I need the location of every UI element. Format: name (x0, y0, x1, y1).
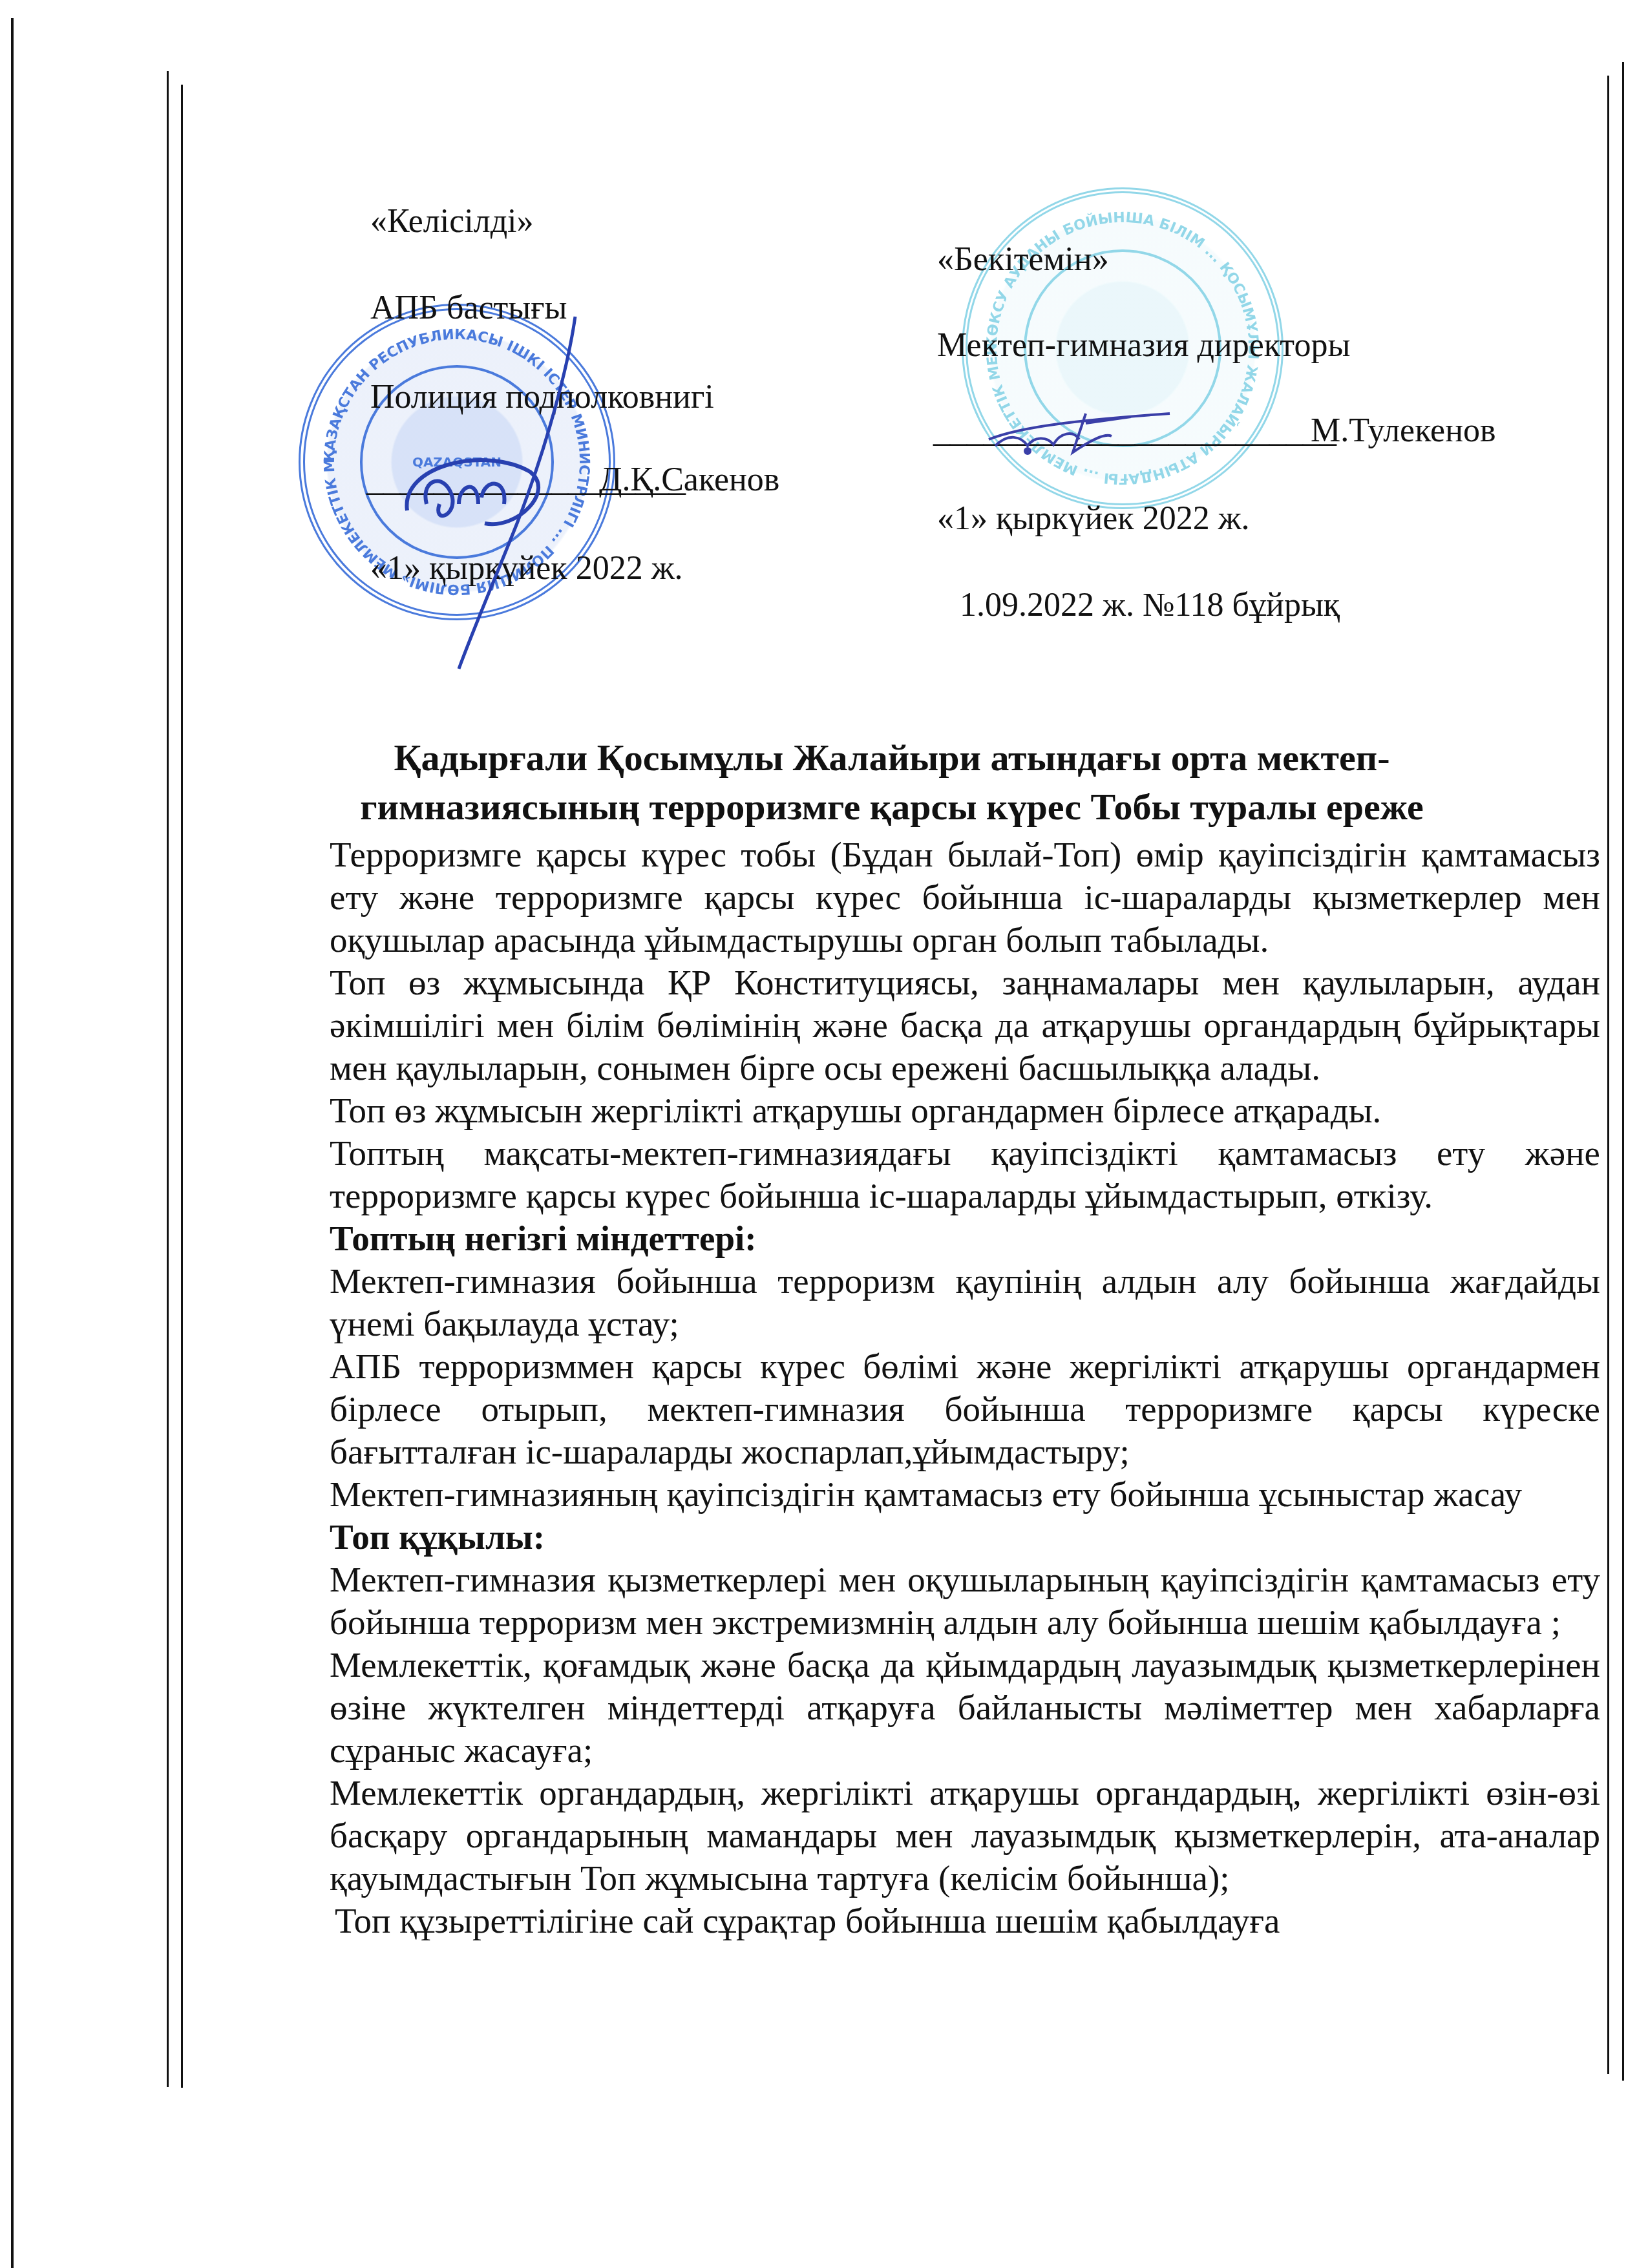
border-line-left-outer (167, 71, 169, 2087)
approval-right-date: «1» қыркүйек 2022 ж. (937, 499, 1250, 538)
scan-edge-left (11, 18, 14, 2268)
task-item: АПБ терроризммен қарсы күрес бөлімі және… (330, 1345, 1600, 1473)
task-item: Мектеп-гимназия бойынша терроризм қаупін… (330, 1260, 1600, 1345)
document-title: Қадырғали Қосымұлы Жалайыри атындағы орт… (194, 733, 1590, 832)
approval-right-signatory: М.Тулекенов (1311, 412, 1496, 450)
right-item: Топ құзыреттілігіне сай сұрақтар бойынша… (330, 1900, 1600, 1942)
tasks-heading: Топтың негізгі міндеттері: (330, 1217, 1600, 1260)
approval-left-heading: «Келісілді» (370, 202, 534, 241)
border-line-right-inner (1607, 76, 1609, 2074)
body-paragraph-cooperation: Топ өз жұмысын жергілікті атқарушы орган… (330, 1089, 1600, 1132)
body-paragraph-legal-basis: Топ өз жұмысында ҚР Конституциясы, заңна… (330, 961, 1600, 1089)
right-item: Мектеп-гимназия қызметкерлері мен оқушыл… (330, 1559, 1600, 1644)
document-title-line-1: Қадырғали Қосымұлы Жалайыри атындағы орт… (194, 733, 1590, 782)
signature-left-icon (388, 310, 607, 672)
rights-heading: Топ құқылы: (330, 1516, 1600, 1559)
right-item: Мемлекеттік органдардың, жергілікті атқа… (330, 1772, 1600, 1900)
approval-right-position: Мектеп-гимназия директоры (937, 326, 1350, 365)
document-title-line-2: гимназиясының терроризмге қарсы күрес То… (194, 782, 1590, 832)
body-paragraph-intro: Терроризмге қарсы күрес тобы (Бұдан была… (330, 834, 1600, 961)
body-paragraph-goal: Топтың мақсаты-мектеп-гимназиядағы қауіп… (330, 1132, 1600, 1217)
approval-right-heading: «Бекітемін» (937, 240, 1109, 279)
approval-left-signatory: Д.Қ.Сакенов (599, 461, 779, 499)
task-item: Мектеп-гимназияның қауіпсіздігін қамтама… (330, 1473, 1600, 1516)
document-body: Терроризмге қарсы күрес тобы (Бұдан была… (330, 834, 1600, 1942)
approval-right-order: 1.09.2022 ж. №118 бұйрық (960, 586, 1340, 625)
border-line-left-inner (181, 85, 183, 2088)
right-item: Мемлекеттік, қоғамдық және басқа да қйым… (330, 1644, 1600, 1772)
signature-right-icon (982, 401, 1176, 465)
border-line-right-outer (1622, 62, 1624, 2081)
